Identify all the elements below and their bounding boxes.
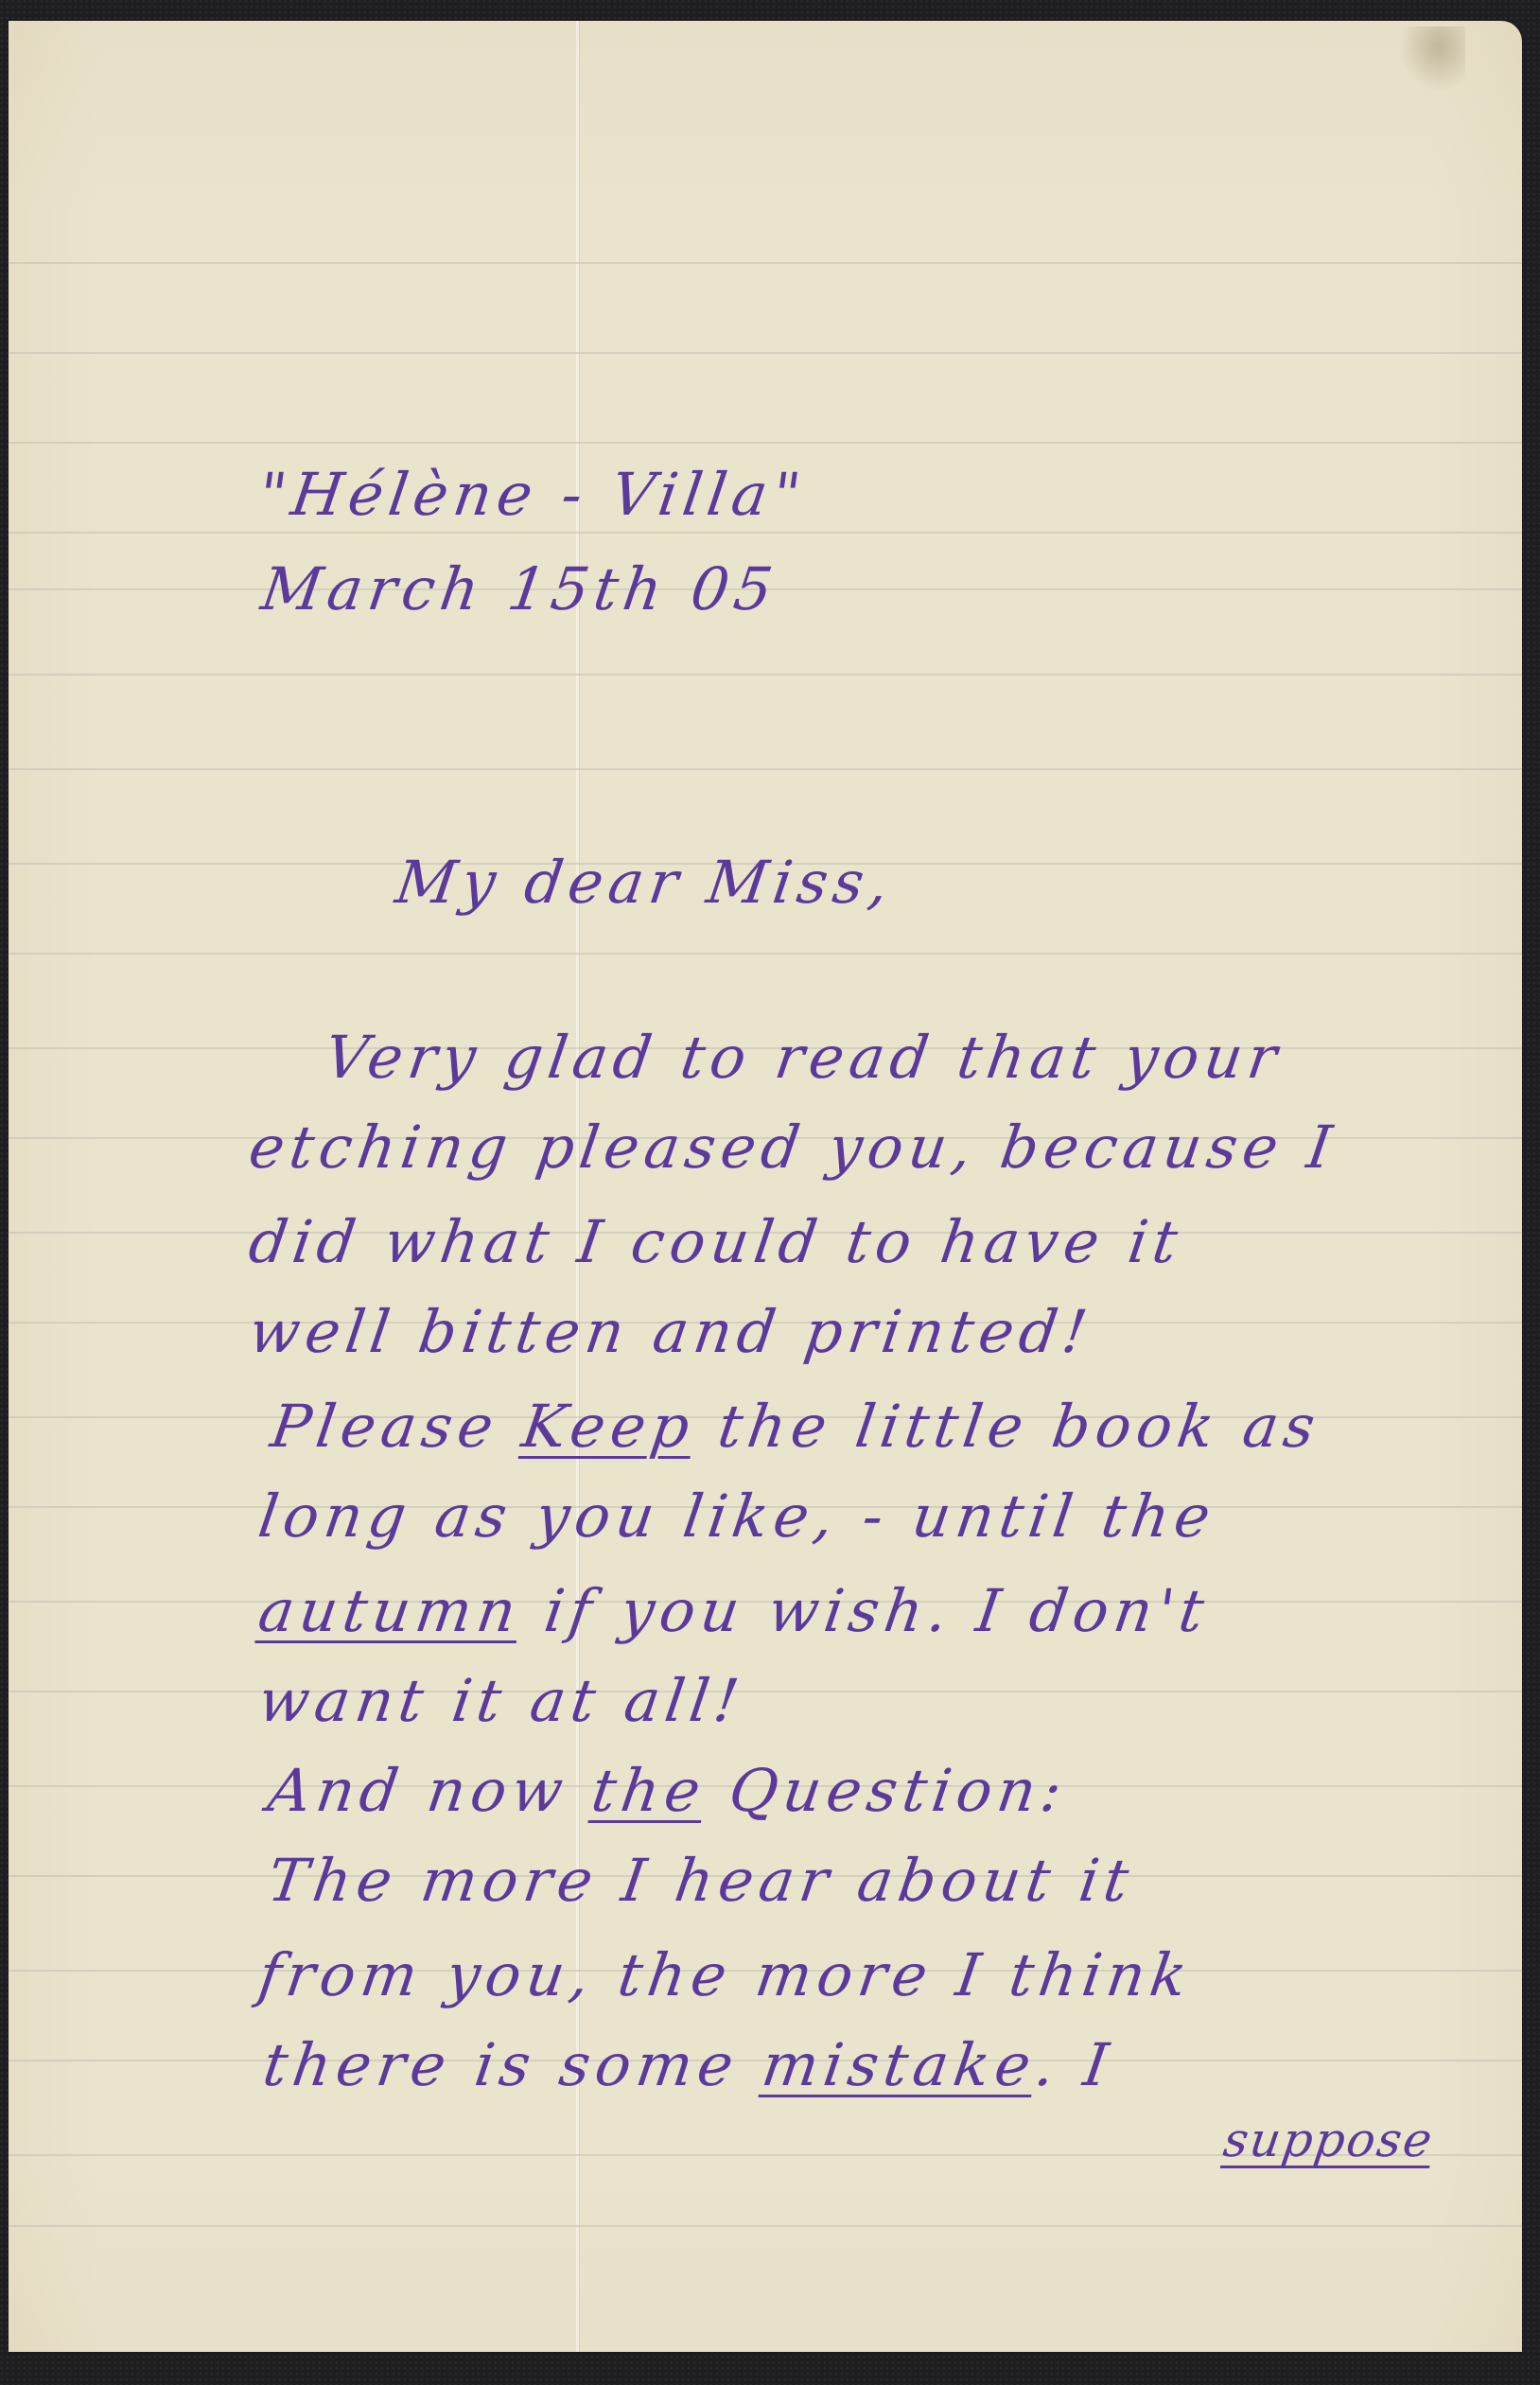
body-line-9: And now the Question:: [265, 1762, 1071, 1820]
letter-address: "Hélène - Villa": [255, 465, 810, 524]
rule-line: [9, 953, 1522, 955]
rule-line: [9, 352, 1522, 354]
body-line-12: there is some mistake. I: [260, 2036, 1117, 2095]
underlined-word: Keep: [517, 1392, 699, 1461]
body-line-3: did what I could to have it: [246, 1213, 1187, 1271]
underlined-word: autumn: [254, 1576, 526, 1645]
corner-stain: [1399, 26, 1465, 93]
letter-salutation: My dear Miss,: [393, 853, 898, 912]
body-line-5: Please Keep the little book as: [268, 1397, 1324, 1456]
body-text: . I: [1031, 2030, 1118, 2099]
body-text: if you wish. I don't: [516, 1576, 1214, 1645]
body-text: there is some: [259, 2030, 768, 2099]
body-line-10: The more I hear about it: [265, 1851, 1138, 1910]
body-line-7: autumn if you wish. I don't: [255, 1582, 1214, 1640]
underlined-word: mistake: [758, 2030, 1041, 2099]
letter-sheet: "Hélène - Villa" March 15th 05 My dear M…: [9, 21, 1522, 2352]
body-line-11: from you, the more I think: [255, 1946, 1197, 2005]
rule-line: [9, 532, 1522, 534]
rule-line: [9, 442, 1522, 444]
body-text: Question:: [701, 1756, 1072, 1825]
body-line-1: Very glad to read that your: [322, 1028, 1286, 1087]
rule-line: [9, 262, 1522, 264]
body-line-6: long as you like, - until the: [255, 1487, 1219, 1546]
catchword: suppose: [1220, 2116, 1436, 2164]
body-line-8: want it at all!: [255, 1672, 748, 1730]
body-line-2: etching pleased you, because I: [246, 1118, 1341, 1177]
rule-line: [9, 2225, 1522, 2227]
show-through-mark: [150, 645, 1002, 702]
underlined-word: the: [587, 1756, 710, 1825]
body-line-4: well bitten and printed!: [246, 1303, 1096, 1361]
body-text: Please: [267, 1392, 528, 1461]
rule-line: [9, 768, 1522, 770]
rule-line: [9, 1691, 1522, 1692]
body-text: the little book as: [690, 1392, 1324, 1461]
letter-date: March 15th 05: [258, 560, 782, 619]
body-text: And now: [264, 1756, 597, 1825]
